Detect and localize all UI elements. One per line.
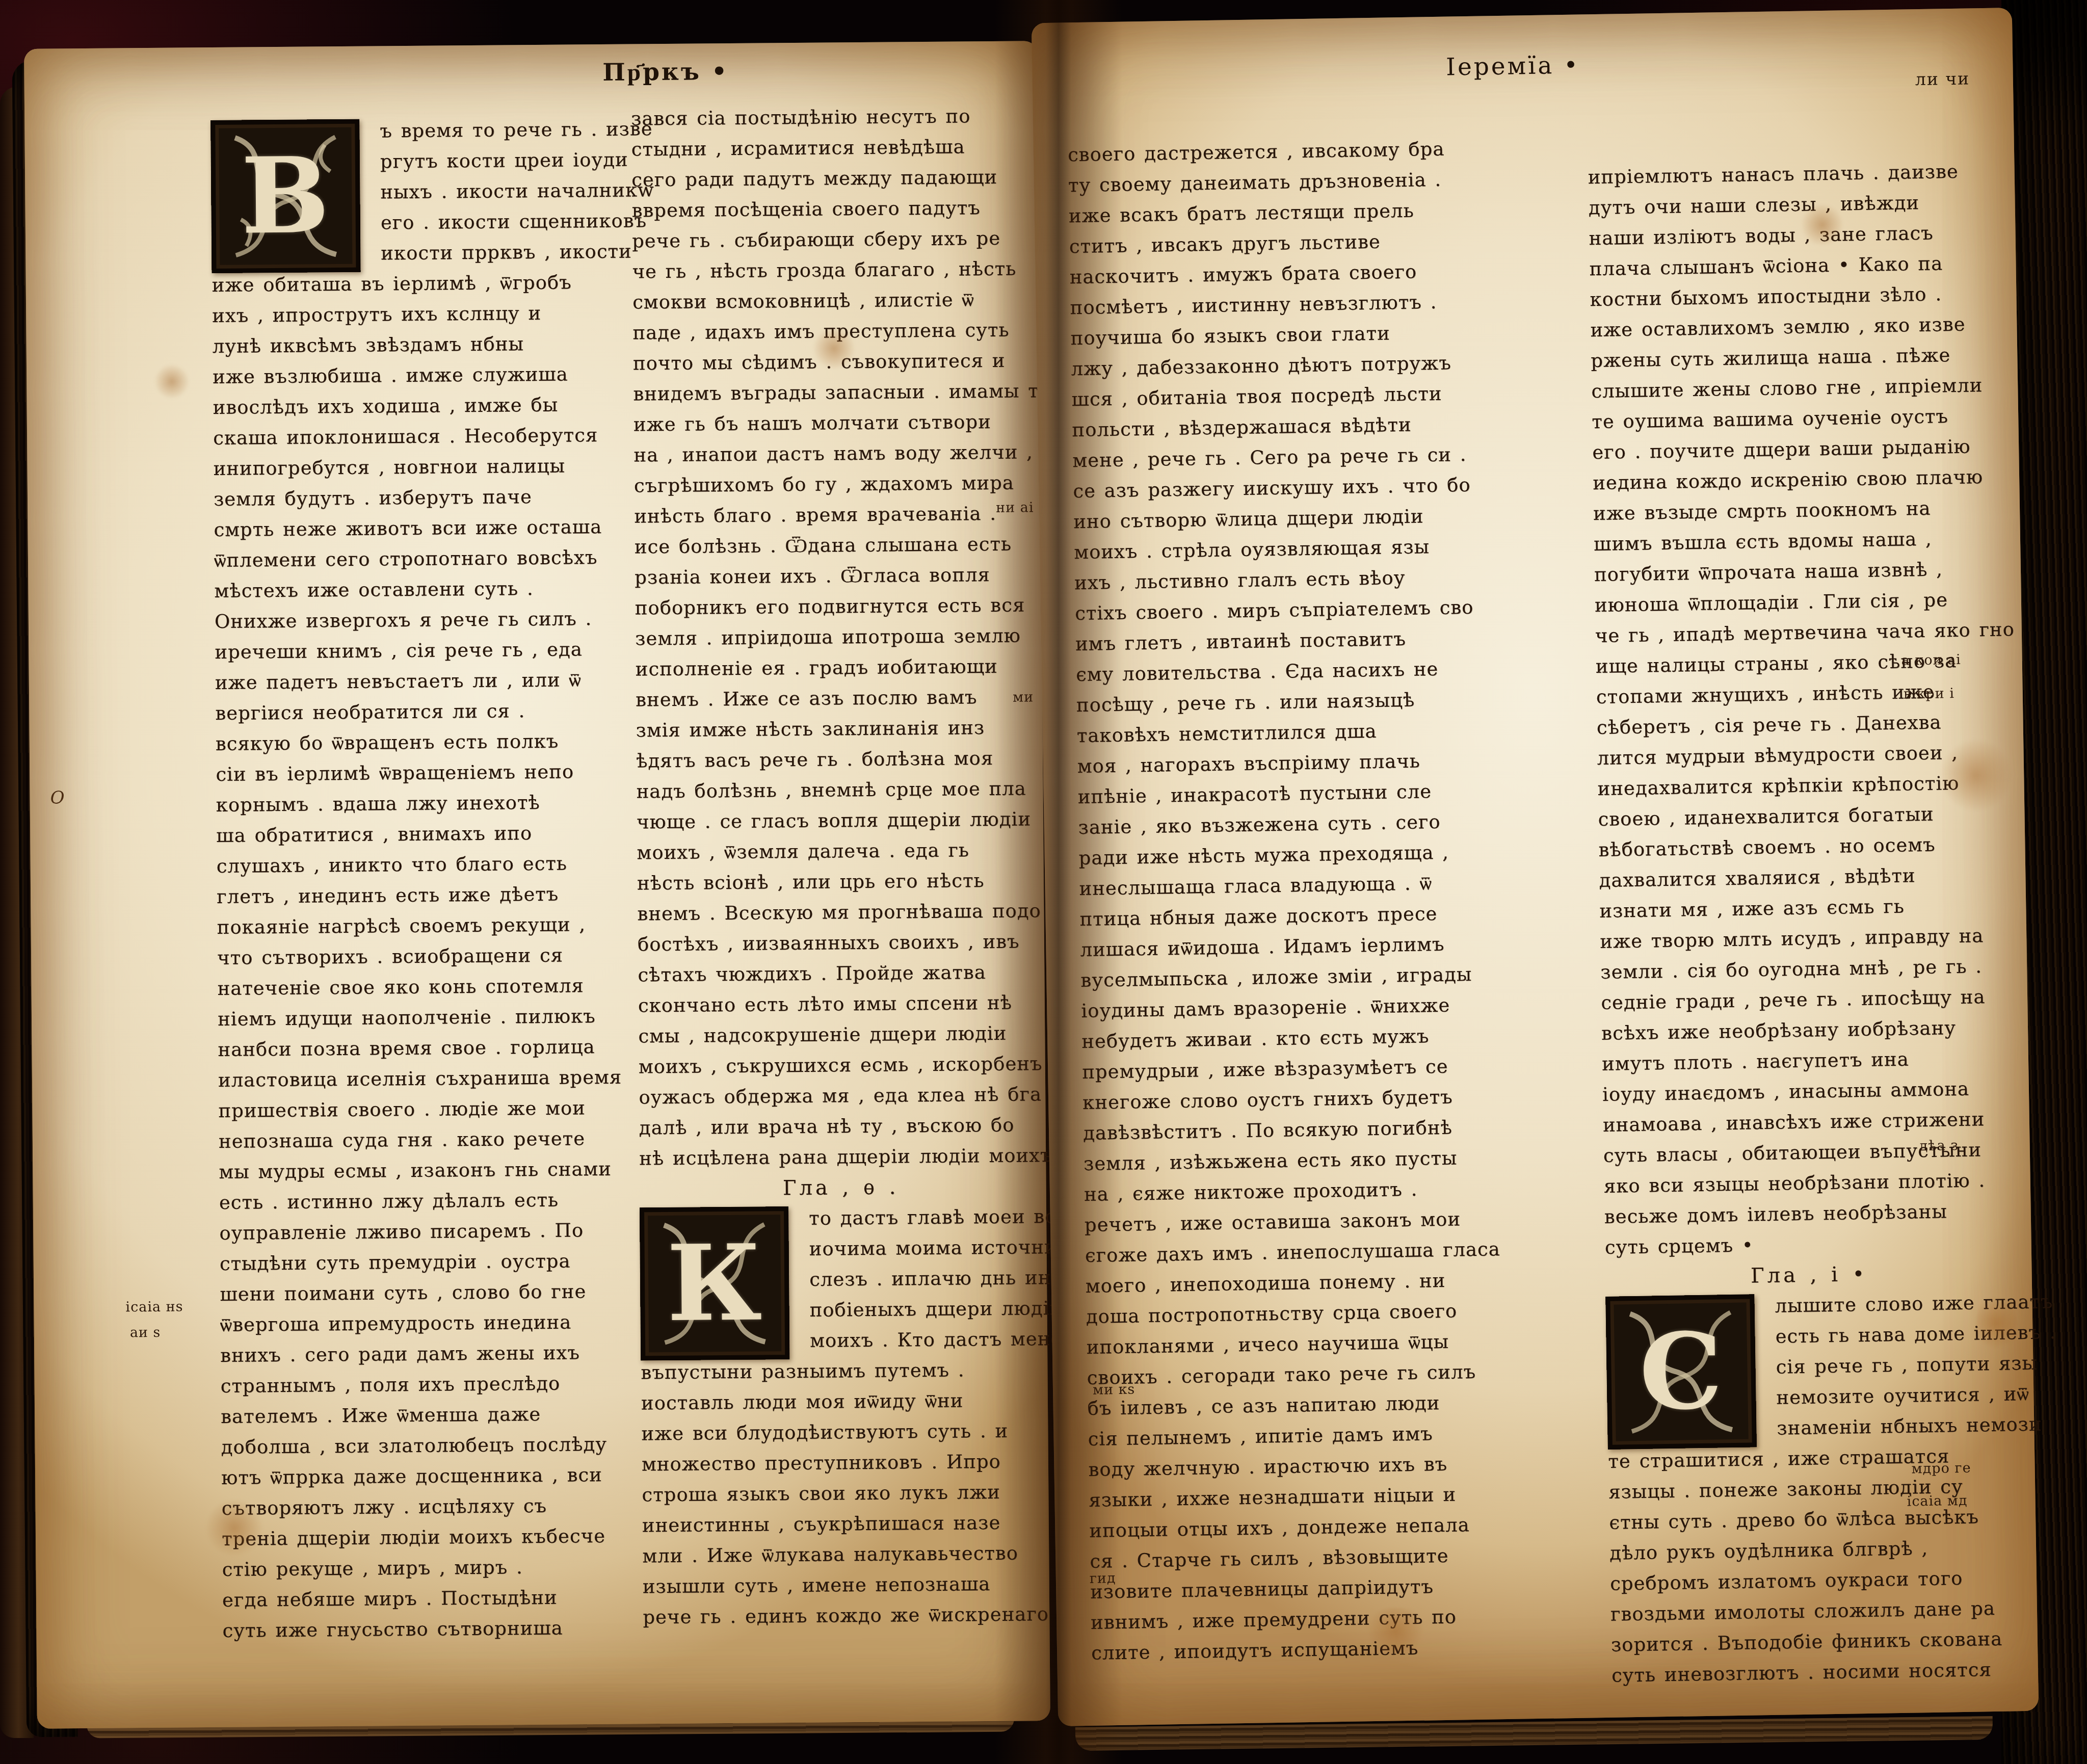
text-line: ѿвергоша ипремудрость инедина <box>220 1307 628 1340</box>
text-line: исе болѣзнь . Ѿдана слышана есть <box>635 529 1037 562</box>
text-line: нѣсть всіонѣ , или црь его нѣсть <box>637 865 1040 899</box>
text-line: ѿплемени сего стропотнаго вовсѣхъ <box>214 542 622 576</box>
text-line: пришествія своего . людіе же мои <box>218 1093 626 1126</box>
left-page: Пр҃ркъ • В ъ время то рече гь . извергут… <box>24 41 1050 1729</box>
initial-letter: В <box>210 119 360 273</box>
text-line: іоудины дамъ вразореніе . ѿнихже <box>1081 989 1494 1026</box>
text-line: стыдни , исрамитися невѣдѣша <box>631 131 1034 165</box>
gutter-note: ми кѕ <box>1093 1381 1135 1398</box>
text-line: скаша ипоклонишася . Несоберутся <box>213 420 621 454</box>
text-line: съгрѣшихомъ бо гу , ждахомъ мира <box>634 467 1037 501</box>
text-line: иочима моима источникъ <box>809 1232 1042 1265</box>
text-line: земля , изѣжьжена есть яко пусты <box>1084 1142 1497 1179</box>
text-line: ша обратитися , внимахъ ипо <box>216 818 624 851</box>
text-line: надъ болѣзнь , внемнѣ срце мое пла <box>636 773 1039 807</box>
text-line: инипогребутся , новгнои налицы <box>213 451 621 484</box>
text-line: рзаніа конеи ихъ . Ѿгласа вопля <box>635 559 1037 593</box>
text-line: знаменіи нбныхъ немози <box>1777 1409 2016 1443</box>
gutter-note: ми <box>1013 689 1034 705</box>
running-head-left: Пр҃ркъ • <box>602 58 729 87</box>
paragraph: своего дастрежется , ивсакому брату свое… <box>1067 134 1504 1669</box>
text-line: поборникъ его подвигнутся есть вся <box>635 590 1038 623</box>
left-page-column-1: В ъ время то рече гь . извергутъ кости ц… <box>210 114 630 1646</box>
woodcut-initial: С <box>1605 1294 1757 1450</box>
text-line: моихъ . Кто дастъ мене <box>810 1324 1043 1356</box>
text-line: покаяніе нагрѣсѣ своемъ рекущи , <box>217 909 624 943</box>
text-line: глетъ , инединъ есть иже дѣетъ <box>217 879 624 912</box>
right-page: Іеремїа • ли чи своего дастрежется , ивс… <box>1032 8 2039 1726</box>
text-line: непознаша суда гня . како речете <box>219 1123 626 1157</box>
text-line: моихъ . стрѣла оуязвляющая язы <box>1074 531 1487 568</box>
text-line: ргутъ кости цреи іоуди <box>380 145 619 177</box>
text-line: егда небяше миръ . Постыдѣни <box>222 1582 630 1616</box>
paragraph: ипріемлютъ нанасъ плачь . даизведутъ очи… <box>1588 156 2013 1263</box>
margin-note: дѣа з <box>1919 1138 1959 1154</box>
text-line: иоставль люди моя иѿиду ѿни <box>641 1385 1044 1418</box>
text-line: смокви всмоковницѣ , илистіе ѿ <box>632 284 1035 318</box>
text-line: ныхъ . икости началникw <box>380 175 619 208</box>
right-page-column-1: своего дастрежется , ивсакому брату свое… <box>1067 134 1504 1669</box>
text-line: рече гь . събирающи сберу ихъ ре <box>632 223 1035 256</box>
text-line: моихъ , съкрушихся есмь , искорбенъ . <box>639 1048 1041 1082</box>
text-line: то дастъ главѣ моеи воду <box>809 1201 1042 1234</box>
text-line: смрть неже животъ вси иже осташа <box>214 512 621 545</box>
text-line: страннымъ , поля ихъ преслѣдо <box>220 1368 628 1402</box>
text-line: моихъ , ѿземля далеча . еда гь <box>637 834 1039 868</box>
text-line: яко вси языцы необрѣзани плотію . <box>1603 1165 2012 1202</box>
margin-note: ісаіа нѕ <box>125 1299 183 1315</box>
woodcut-initial: К <box>640 1206 789 1360</box>
text-line: земля будутъ . изберутъ паче <box>214 481 621 515</box>
text-line: что сътворихъ . всиобращени ся <box>217 940 625 973</box>
text-line: мѣстехъ иже оставлени суть . <box>214 573 622 607</box>
text-line: немозите оучитися , иѿ <box>1776 1379 2015 1413</box>
margin-note: а кои аі <box>1901 652 1961 669</box>
paragraph: зався сіа постыдѣнію несутъ постыдни , и… <box>631 100 1042 1174</box>
text-line: ъ время то рече гь . изве <box>380 114 618 147</box>
text-line: иже гь бъ нашъ молчати сътвори <box>633 406 1036 440</box>
text-line: множество преступниковъ . Ипро <box>642 1446 1044 1480</box>
text-line: посмѣетъ , иистинну невъзглютъ . <box>1070 286 1483 323</box>
running-head-right: Іеремїа • <box>1446 51 1580 81</box>
paragraph: иже обиташа въ іерлимѣ , ѿгробъихъ , ипр… <box>212 267 630 1646</box>
text-line: ивослѣдъ ихъ ходиша , имже бы <box>213 389 620 423</box>
text-line: стіхъ своего . миръ съпріателемъ сво <box>1075 592 1488 629</box>
text-line: побіеныхъ дщери людіи <box>809 1293 1043 1326</box>
text-line: оужасъ обдержа мя , еда клеа нѣ бга <box>639 1079 1041 1113</box>
text-line: бъ іилевъ , се азъ напитаю люди <box>1087 1387 1500 1424</box>
text-line: стыдѣни суть премудріи . оустра <box>220 1246 627 1279</box>
text-line: внидемъ въграды запасныи . имамы ту , <box>633 376 1036 409</box>
text-line: ввремя посѣщеніа своего падутъ <box>631 192 1034 226</box>
text-line: ихъ , ипрострутъ ихъ кслнцу и <box>212 298 620 331</box>
text-line: змія имже нѣсть заклинанія инз <box>636 712 1038 746</box>
text-line: инѣсть благо . время врачеваніа . <box>634 498 1037 532</box>
text-line: ту своему данеимать дръзновеніа . <box>1068 164 1481 201</box>
text-line: натеченіе свое яко конь спотемля <box>217 970 625 1004</box>
text-line: сіи въ іерлимѣ ѿвращеніемъ непо <box>216 756 623 790</box>
text-line: че гь , нѣсть грозда благаго , нѣсть <box>632 253 1035 287</box>
text-line: корнымъ . вдаша лжу инехотѣ <box>216 787 624 821</box>
text-line: ся . Старче гь силъ , вѣзовыщите <box>1090 1540 1503 1577</box>
initial-letter: С <box>1605 1294 1757 1450</box>
text-line: чюще . се гласъ вопля дщеріи людіи <box>637 804 1039 837</box>
left-page-column-2: зався сіа постыдѣнію несутъ постыдни , и… <box>631 100 1046 1633</box>
text-line: слезъ . иплачю днь инощь <box>809 1262 1043 1295</box>
text-line: ніемъ идущи наополченіе . пилюкъ <box>218 1001 625 1035</box>
text-line: далѣ , или врача нѣ ту , въскою бо <box>639 1110 1042 1143</box>
text-line: всѣхъ иже необрѣзану иобрѣзану <box>1601 1012 2010 1049</box>
text-line: оуправленіе лживо писаремъ . По <box>219 1215 627 1249</box>
gutter-note: ни аі <box>996 499 1034 516</box>
text-line: суть иже гнусьство сътворниша <box>222 1613 630 1646</box>
text-line: почто мы сѣдимъ . съвокупитеся и <box>633 345 1036 379</box>
text-line: на , инапои дастъ намъ воду желчи , <box>633 437 1036 470</box>
handwritten-margin-mark: О <box>50 787 64 808</box>
text-line: Онихже извергохъ я рече гь силъ . <box>215 603 622 637</box>
text-line: инеистинны , съукрѣпишася назе <box>642 1507 1045 1541</box>
text-line: внемъ . Иже се азъ послю вамъ <box>636 681 1038 715</box>
text-line: изышли суть , имене непознаша <box>643 1568 1045 1602</box>
text-line: мы мудры есмы , изаконъ гнь снами <box>219 1154 626 1188</box>
book-photo: Пр҃ркъ • В ъ время то рече гь . извергут… <box>0 0 2087 1764</box>
text-line: єму ловительства . Єда насихъ не <box>1075 653 1489 690</box>
text-line: нѣ исцѣлена рана дщеріи людіи моихъ . <box>639 1140 1042 1174</box>
text-line: сія рече гь , попути язы <box>1776 1348 2015 1382</box>
folio-number: ли чи <box>1915 68 1970 89</box>
text-line: инедахвалится крѣпкіи крѣпостію <box>1597 767 2005 804</box>
text-line: сего ради падутъ между падающи <box>631 162 1034 195</box>
text-line: строша языкъ свои яко лукъ лжи <box>642 1477 1044 1510</box>
text-line: иже падетъ невъстаетъ ли , или ѿ <box>215 665 623 698</box>
margin-note: аи ѕ <box>130 1325 161 1340</box>
text-line: исполненіе ея . градъ иобитающи <box>635 651 1038 684</box>
text-line: мли . Иже ѿлукава налукавьчество <box>642 1538 1045 1571</box>
text-line: земля . ипріидоша ипотроша землю <box>635 620 1038 654</box>
text-line: стію рекуще , миръ , миръ . <box>222 1551 629 1585</box>
text-line: иречеши книмъ , сія рече гь , еда <box>215 634 622 668</box>
text-line: лышите слово иже глаатъ <box>1775 1287 2014 1321</box>
text-line: всякую бо ѿвращенъ есть полкъ <box>216 726 623 759</box>
paragraph-indented: то дастъ главѣ моеи водуиочима моима ист… <box>809 1201 1043 1356</box>
text-line: шени поимани суть , слово бо гне <box>220 1276 627 1310</box>
text-line: паде , идахъ имъ преступлена суть <box>632 314 1035 348</box>
paragraph-indented: ъ время то рече гь . извергутъ кости цре… <box>380 114 619 269</box>
text-line: се азъ разжегу иискушу ихъ . что бо <box>1073 469 1486 507</box>
text-line: есть . истинно лжу дѣлалъ есть <box>219 1184 627 1218</box>
margin-note: в кри і <box>1904 686 1955 702</box>
text-line: скончано есть лѣто имы спсени нѣ <box>638 987 1041 1021</box>
chapter-heading: Гла , ѳ . <box>639 1171 1042 1204</box>
text-line: нанбси позна время свое . горлица <box>218 1032 625 1065</box>
gutter-note: гид <box>1090 1570 1116 1587</box>
text-line: слите , ипоидутъ испущаніемъ <box>1091 1631 1504 1669</box>
margin-note: ісаіа мд <box>1907 1493 1967 1510</box>
text-line: треніа дщеріи людіи моихъ къбесче <box>222 1521 629 1555</box>
text-line: сѣтахъ чюждихъ . Пройде жатва <box>638 957 1040 990</box>
text-line: бостѣхъ , иизваянныхъ своихъ , ивъ <box>638 926 1040 960</box>
text-line: икости пррквъ , икости <box>381 236 619 269</box>
text-line: рече гь . единъ кождо же ѿискренаго <box>643 1599 1045 1633</box>
text-line: лунѣ иквсѣмъ звѣздамъ нбны <box>212 328 620 362</box>
initial-letter: К <box>640 1206 789 1360</box>
margin-note: мдро ге <box>1911 1460 1971 1477</box>
text-line: зався сіа постыдѣнію несутъ по <box>631 100 1034 134</box>
text-line: шся , обитаніа твоя посредѣ льсти <box>1071 378 1485 415</box>
text-line: вателемъ . Иже ѿменша даже <box>221 1399 628 1432</box>
text-line: ѣдятъ васъ рече гь . болѣзна моя <box>636 743 1039 776</box>
text-line: суть иневозглютъ . носими носятся <box>1611 1654 2019 1691</box>
text-line: смы , надсокрушеніе дщери людіи <box>638 1018 1041 1051</box>
text-line: вергіися необратится ли ся . <box>215 695 623 729</box>
text-line: ипріемлютъ нанасъ плачь . даизве <box>1588 156 1996 193</box>
woodcut-initial: В <box>210 119 360 273</box>
text-line: иедина кождо искренію свою плачю <box>1593 462 2001 499</box>
text-line: иже вси блудодѣиствуютъ суть . и <box>641 1415 1044 1449</box>
text-line: слушахъ , иникто что благо есть <box>216 848 624 882</box>
text-line: доболша , вси златолюбецъ послѣду <box>221 1429 628 1463</box>
text-line: его . икости сщенниковъ <box>381 206 619 239</box>
text-line: есть гь нава доме іилевъ . <box>1775 1318 2014 1352</box>
text-line: внемъ . Всескую мя прогнѣваша подо <box>637 896 1040 929</box>
text-line: сътворяютъ лжу . исцѣляху съ <box>221 1490 629 1524</box>
text-line: ивнимъ , иже премудрени суть по <box>1091 1601 1504 1638</box>
foxing-spot <box>154 363 190 400</box>
paragraph-indented: лышите слово иже глаатъесть гь нава доме… <box>1775 1287 2016 1443</box>
paragraph: те страшитися , иже страшатсяязыцы . пон… <box>1608 1440 2019 1691</box>
text-line: внихъ . сего ради дамъ жены ихъ <box>220 1337 628 1371</box>
text-line: иластовица иселнія съхраниша время <box>218 1062 626 1096</box>
paragraph: въпустыни разныимъ путемъ .иоставль люди… <box>641 1354 1045 1633</box>
text-line: ютъ ѿпррка даже досщенника , вси <box>221 1460 629 1493</box>
text-line: иже възлюбиша . имже служиша <box>213 359 620 392</box>
